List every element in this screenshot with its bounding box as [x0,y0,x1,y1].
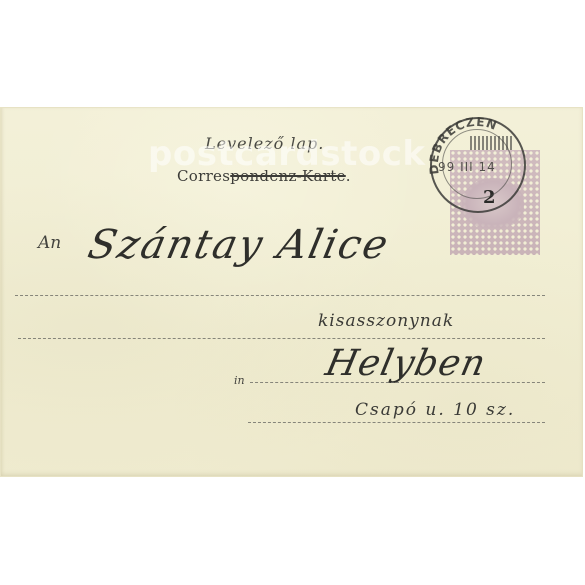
address-prefix-label: An [38,233,61,253]
recipient-city: Helyben [322,343,490,384]
address-line-1 [15,295,545,296]
recipient-name: Szántay Alice [84,222,394,268]
city-prefix-label: in [234,374,245,387]
recipient-street: Csapó u. 10 sz. [355,400,515,420]
address-line-3 [250,382,545,383]
address-line-4 [248,422,545,423]
recipient-title: kisasszonynak [318,311,454,331]
address-line-2 [18,338,545,339]
postmark-date: 99 III 14 [438,160,496,174]
watermark: postcardstock [148,134,426,174]
